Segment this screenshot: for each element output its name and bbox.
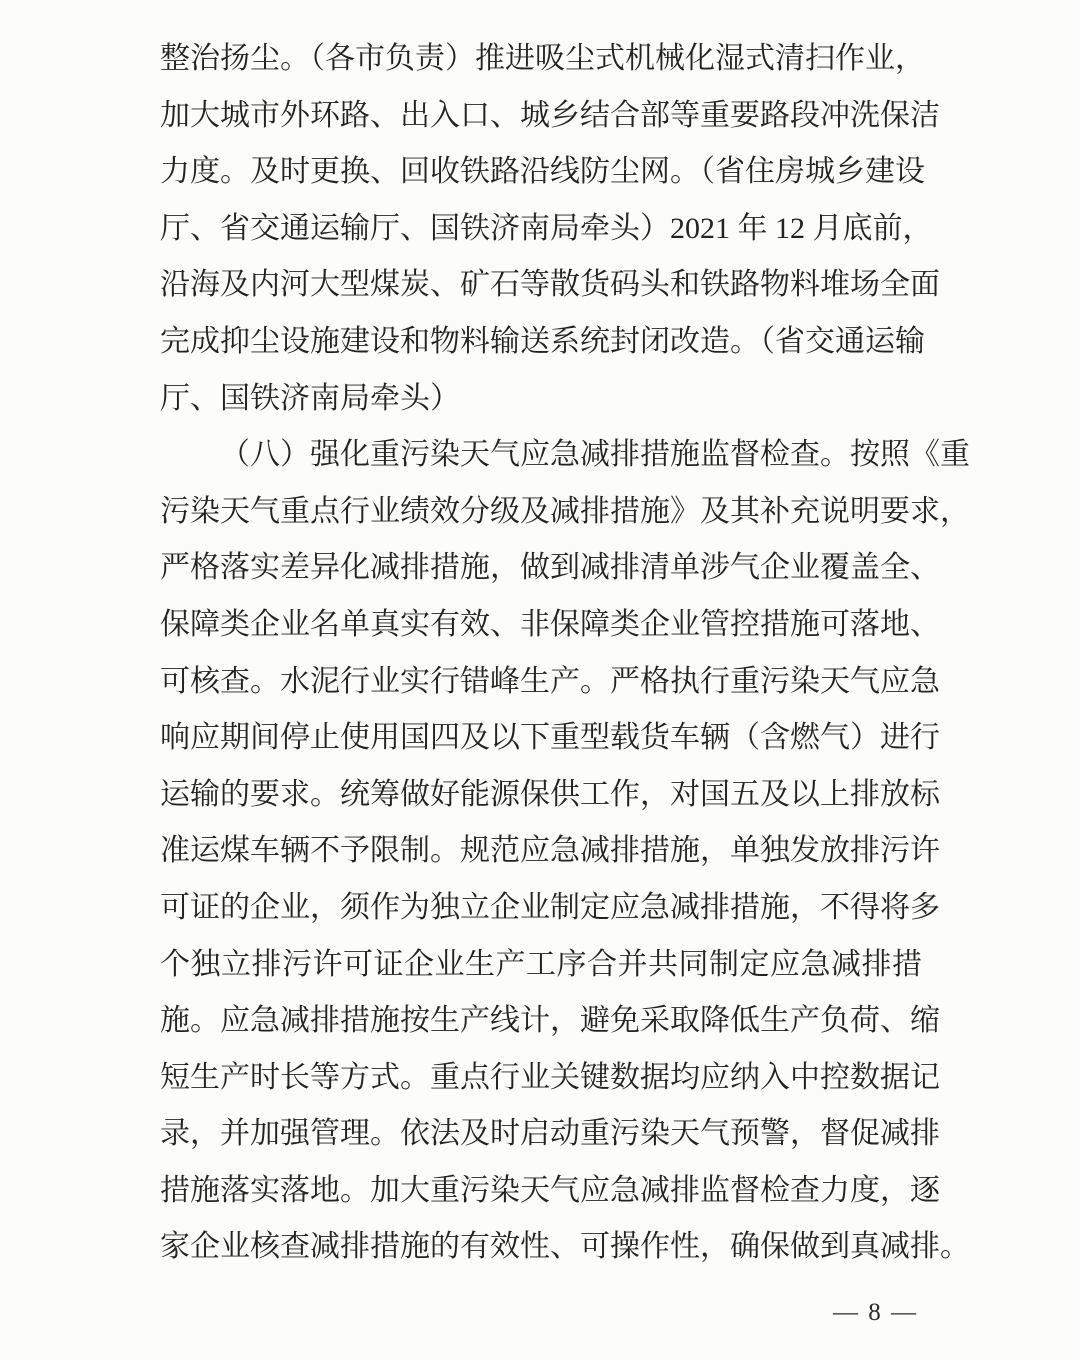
- text-line: 整治扬尘。（各市负责）推进吸尘式机械化湿式清扫作业，: [160, 31, 922, 88]
- text-line: 家企业核查减排措施的有效性、可操作性，确保做到真减排。: [160, 1219, 922, 1276]
- text-line: 施。应急减排措施按生产线计，避免采取降低生产负荷、缩: [160, 993, 922, 1050]
- paragraph: （八）强化重污染天气应急减排措施监督检查。按照《重污染天气重点行业绩效分级及减排…: [160, 427, 922, 1276]
- text-line: 准运煤车辆不予限制。规范应急减排措施，单独发放排污许: [160, 823, 922, 880]
- paragraph: 整治扬尘。（各市负责）推进吸尘式机械化湿式清扫作业，加大城市外环路、出入口、城乡…: [160, 31, 922, 427]
- text-line: 厅、省交通运输厅、国铁济南局牵头）2021 年 12 月底前，: [160, 201, 922, 258]
- text-line: 完成抑尘设施建设和物料输送系统封闭改造。（省交通运输: [160, 314, 922, 371]
- text-line: 可证的企业，须作为独立企业制定应急减排措施，不得将多: [160, 880, 922, 937]
- text-line: 污染天气重点行业绩效分级及减排措施》及其补充说明要求，: [160, 484, 922, 541]
- text-line: 措施落实落地。加大重污染天气应急减排监督检查力度，逐: [160, 1163, 922, 1220]
- document-body: 整治扬尘。（各市负责）推进吸尘式机械化湿式清扫作业，加大城市外环路、出入口、城乡…: [160, 31, 922, 1276]
- text-line: 加大城市外环路、出入口、城乡结合部等重要路段冲洗保洁: [160, 88, 922, 145]
- text-line: 录，并加强管理。依法及时启动重污染天气预警，督促减排: [160, 1106, 922, 1163]
- text-line: 个独立排污许可证企业生产工序合并共同制定应急减排措: [160, 937, 922, 994]
- text-line: 力度。及时更换、回收铁路沿线防尘网。（省住房城乡建设: [160, 144, 922, 201]
- text-line: 严格落实差异化减排措施，做到减排清单涉气企业覆盖全、: [160, 540, 922, 597]
- text-line: 短生产时长等方式。重点行业关键数据均应纳入中控数据记: [160, 1050, 922, 1107]
- text-line: 运输的要求。统筹做好能源保供工作，对国五及以上排放标: [160, 767, 922, 824]
- text-line: 保障类企业名单真实有效、非保障类企业管控措施可落地、: [160, 597, 922, 654]
- document-page: 整治扬尘。（各市负责）推进吸尘式机械化湿式清扫作业，加大城市外环路、出入口、城乡…: [0, 0, 1080, 1360]
- page-number: — 8 —: [833, 1298, 918, 1328]
- text-line: （八）强化重污染天气应急减排措施监督检查。按照《重: [160, 427, 922, 484]
- text-line: 沿海及内河大型煤炭、矿石等散货码头和铁路物料堆场全面: [160, 257, 922, 314]
- text-line: 响应期间停止使用国四及以下重型载货车辆（含燃气）进行: [160, 710, 922, 767]
- text-line: 厅、国铁济南局牵头）: [160, 371, 922, 428]
- text-line: 可核查。水泥行业实行错峰生产。严格执行重污染天气应急: [160, 654, 922, 711]
